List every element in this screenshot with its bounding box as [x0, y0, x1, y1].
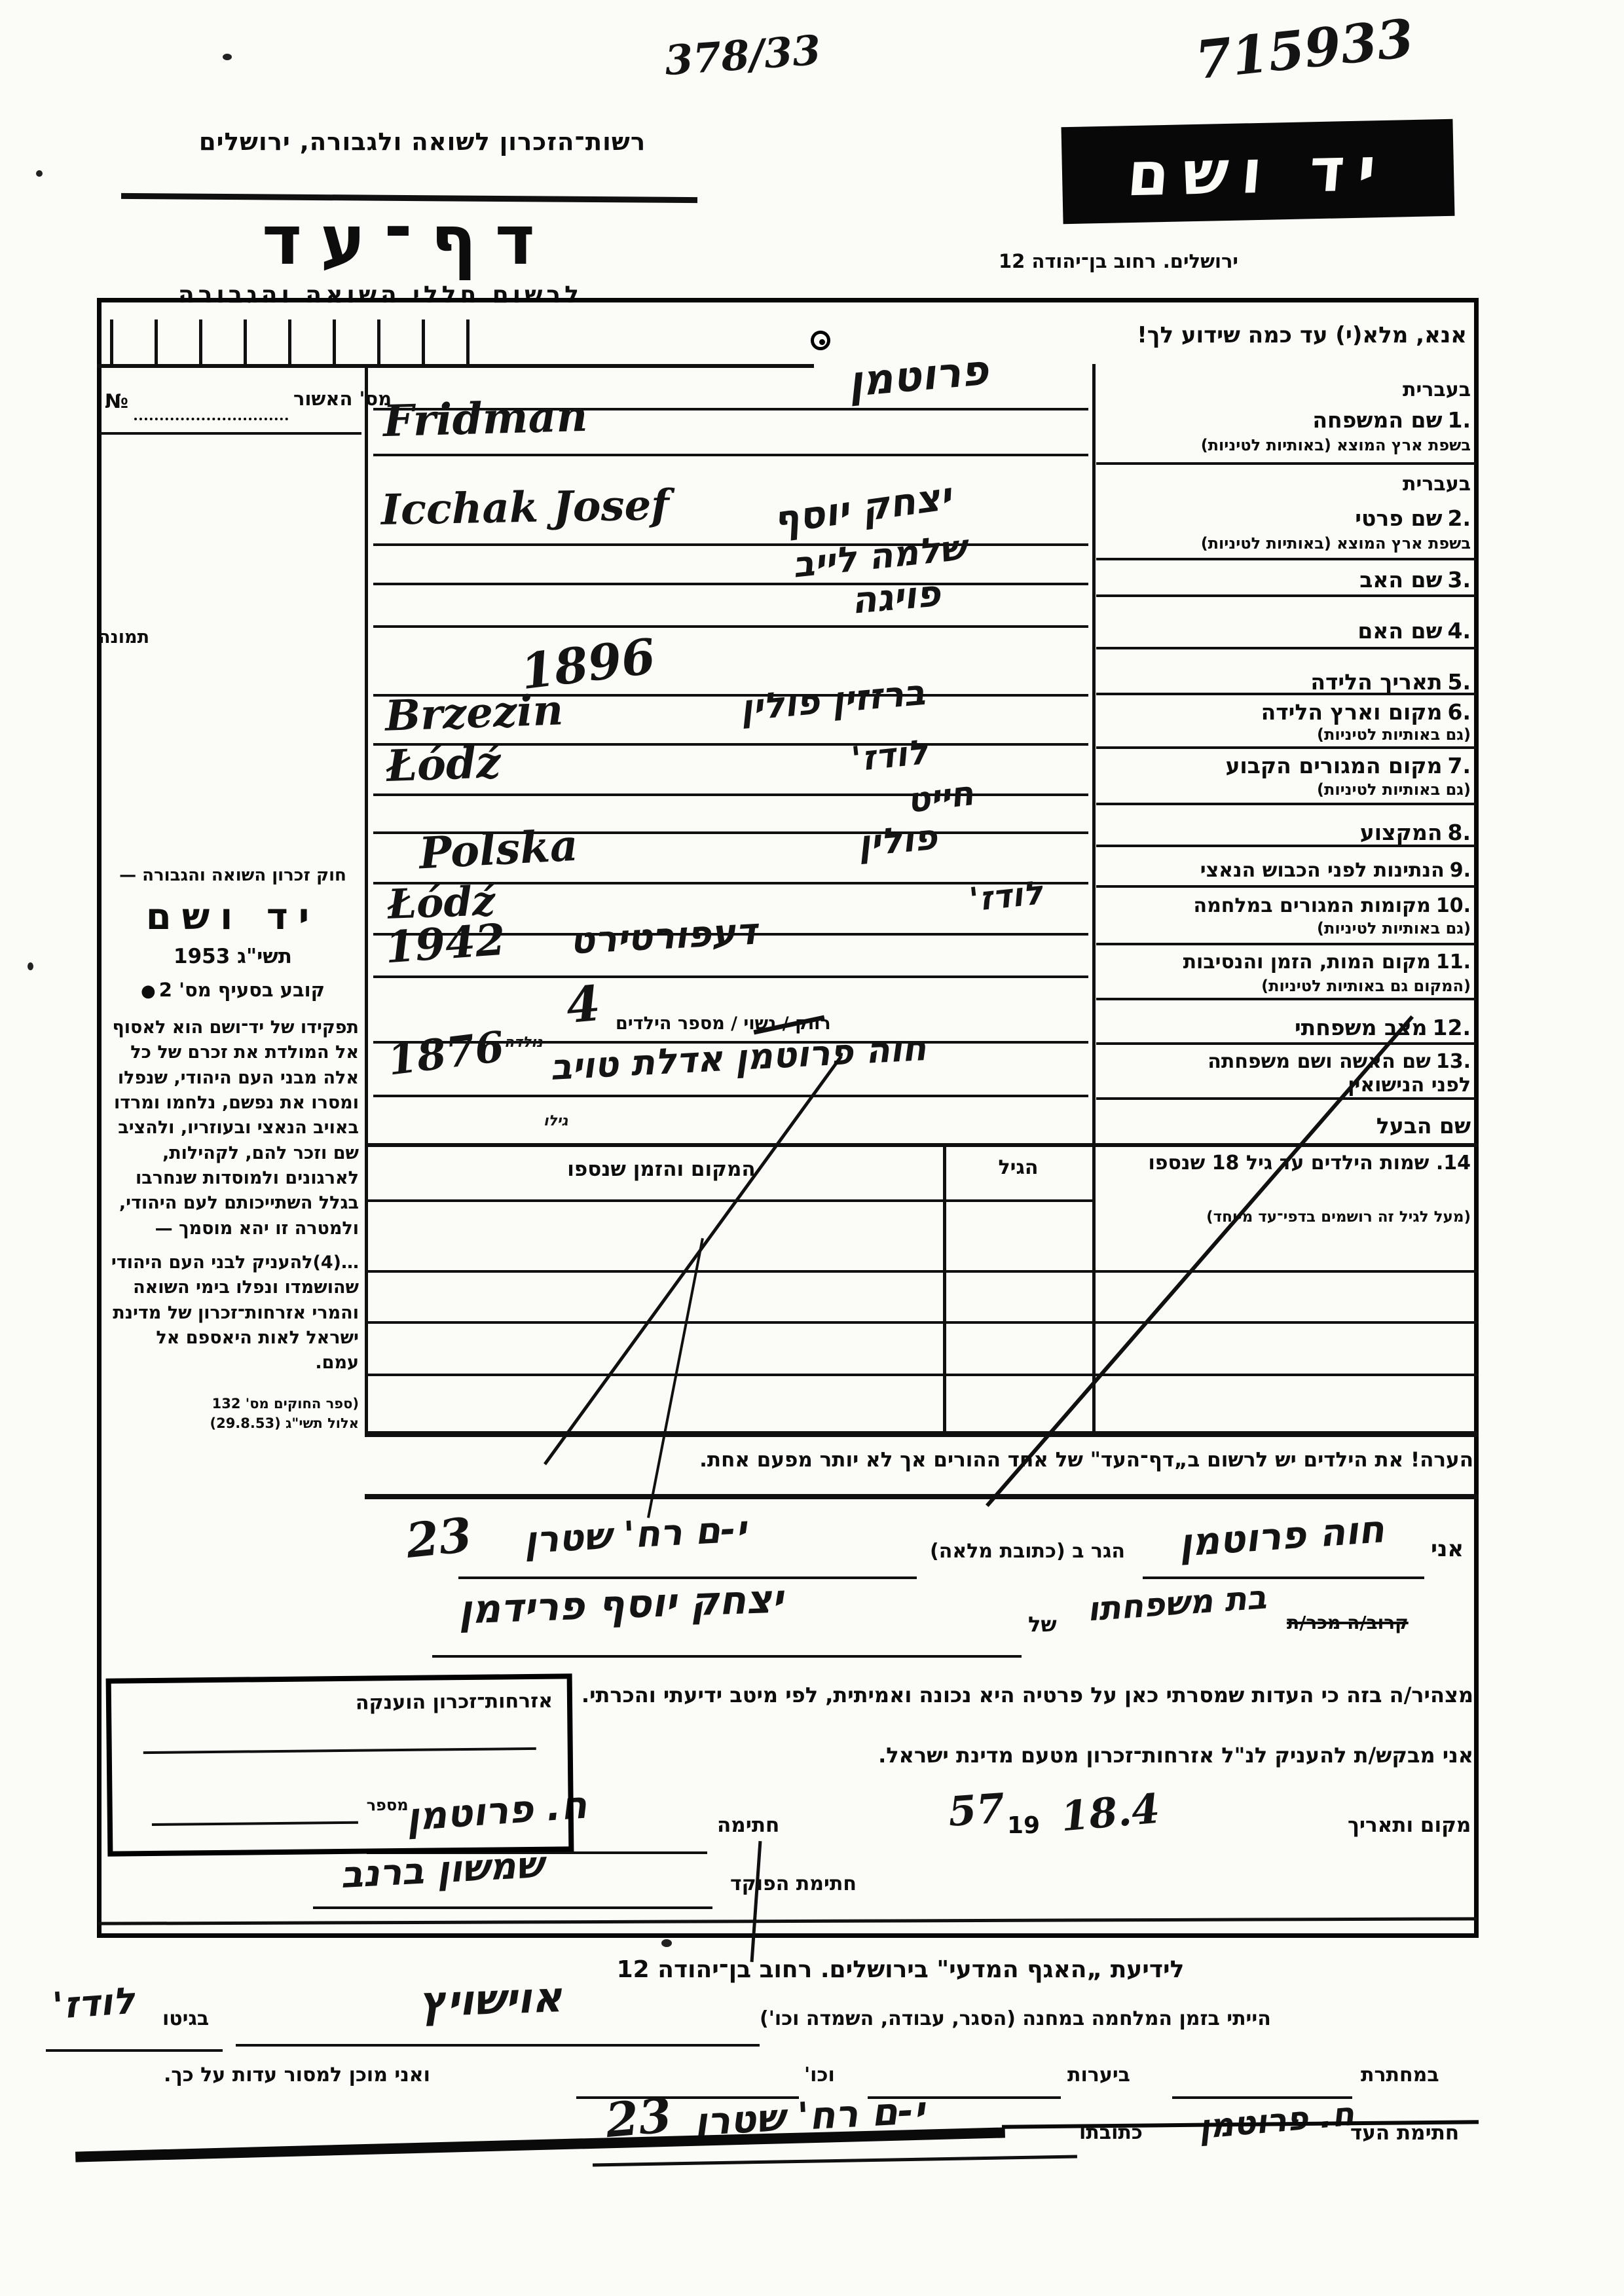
field-4-number: 4.: [1448, 618, 1471, 644]
scan-speck: [223, 54, 232, 60]
declaration-line: [432, 1655, 1022, 1658]
label-rule: [1096, 746, 1476, 749]
stamp-number-line: [152, 1821, 358, 1826]
table-bottom-rule: [365, 1431, 1479, 1437]
logo-address: ירושלים. רחוב בן־יהודה 12: [999, 250, 1238, 272]
field-2-sub: בשפת ארץ המוצא (באותיות לטיניות): [1100, 534, 1477, 553]
field-8-text: המקצוע: [1360, 820, 1443, 845]
field-3-label: 3.שם האב: [1100, 567, 1477, 592]
field-10-label: 10.מקומות המגורים במלחמה: [1100, 894, 1477, 917]
label-rule: [1096, 693, 1476, 695]
field-6-text: מקום וארץ הלידה: [1261, 699, 1443, 725]
hw-first-name-latin: Icchak Josef: [380, 481, 669, 535]
write-line: [373, 583, 1088, 585]
law-excerpt: חוק זכרון השואה והגבורה — יד ושם תשי"ג 1…: [107, 866, 359, 1431]
law-ref-1: (ספר החוקים מס' 132: [107, 1396, 359, 1412]
label-rule: [1096, 943, 1476, 945]
strip-tick: [288, 319, 291, 364]
declaration-i-label: אני: [1431, 1536, 1464, 1562]
label-rule: [1096, 1042, 1476, 1045]
label-rule: [1096, 885, 1476, 888]
law-body: תפקידו של יד־ושם הוא לאסוף אל המולדת את …: [107, 1015, 359, 1241]
hw-wife-birth-note: נולדה: [504, 1034, 543, 1051]
circle-mark-icon: [811, 331, 830, 350]
field-5-number: 5.: [1448, 669, 1471, 695]
label-rule: [1096, 594, 1476, 597]
hw-children-count: 4: [564, 975, 602, 1034]
approval-number-dotted-line: [134, 399, 288, 420]
hw-wife-age-note: גילו: [544, 1113, 568, 1129]
field-9-label: 9.הנתינות לפני הכבוש הנאצי: [1100, 859, 1477, 882]
ready-to-testify-label: ואני מוכן למסור עדות על כך.: [164, 2064, 430, 2086]
label-rule: [1096, 558, 1476, 560]
table-top-rule: [365, 1143, 1479, 1147]
field-3-number: 3.: [1448, 567, 1471, 592]
hw-mother-name: פויגה: [849, 572, 942, 623]
hw-residence-hebrew: לודז': [849, 733, 929, 780]
approval-rule: [100, 432, 361, 435]
field-13-label-2: לפני הנישואין: [1100, 1074, 1477, 1097]
relation-printed-crossed: קרוב/ה מכר/ת: [1287, 1612, 1409, 1633]
note-bottom-rule: [365, 1494, 1479, 1499]
law-name: יד ושם: [107, 896, 359, 938]
law-body-2: …(4)להעניק לבני העם היהודי שהושמדו ונפלו…: [107, 1250, 359, 1376]
field-2-lang-label: בעברית: [1100, 473, 1477, 496]
handwritten-file-number: 378/33: [663, 26, 822, 84]
children-header-sub: (מעל לגיל זה רושמים בדפי־עד מיוחד): [1107, 1209, 1471, 1226]
field-1-text: שם המשפחה: [1312, 407, 1442, 433]
field-10-number: 10.: [1436, 894, 1471, 917]
strip-rule: [97, 364, 814, 368]
strip-tick: [110, 319, 113, 364]
label-rule: [1096, 803, 1476, 805]
field-7-text: מקום המגורים הקבוע: [1225, 753, 1442, 778]
bottom-scan-rule: [75, 2127, 1005, 2162]
forests-label: ביערות: [1067, 2064, 1130, 2086]
field-11-sub: (המקום גם באותיות לטיניות): [1100, 977, 1477, 995]
field-13-label: 13.שם האשה ושם משפחתה: [1100, 1050, 1477, 1073]
strip-tick: [422, 319, 425, 364]
field-2-number: 2.: [1448, 505, 1471, 531]
table-divider: [1092, 1143, 1096, 1432]
photo-label: תמונה: [98, 627, 149, 647]
field-6-label: 6.מקום וארץ הלידה: [1100, 699, 1477, 725]
table-row-line: [365, 1270, 1479, 1273]
bullet-icon: ●: [141, 981, 156, 1001]
write-line: [373, 793, 1088, 796]
field-7-number: 7.: [1448, 753, 1471, 778]
table-row-line: [365, 1374, 1479, 1376]
label-rule: [1096, 462, 1476, 465]
stamp-line: [143, 1747, 536, 1754]
law-ref-2: אלול תשי"ג (29.8.53): [107, 1415, 359, 1431]
hw-family-name-latin: Fridman: [382, 390, 588, 446]
write-line: [373, 543, 1088, 546]
field-11-label: 11.מקום המות, הזמן והנסיבות: [1100, 951, 1477, 974]
field-5-text: תאריך הלידה: [1310, 669, 1442, 695]
hw-war-residence-hebrew: לודז': [967, 873, 1044, 919]
age-column-header: הגיל: [950, 1156, 1087, 1179]
label-rule: [1096, 998, 1476, 1000]
field-12-number: 12.: [1433, 1015, 1471, 1040]
table-row-line: [365, 1321, 1479, 1324]
fill-instruction: אנא, מלא(י) עד כמה שידוע לך!: [1107, 322, 1467, 348]
children-header-text: 14. שמות הילדים עד גיל 18 שנספו: [1148, 1152, 1471, 1175]
hw-witness-signature: ח. פרוטמן: [1197, 2095, 1356, 2147]
strip-tick: [199, 319, 202, 364]
field-13-text: שם האשה ושם משפחתה: [1208, 1050, 1431, 1073]
scan-speck: [36, 170, 43, 177]
hw-birthplace-latin: Brzezin: [384, 685, 564, 740]
strip-tick: [466, 319, 470, 364]
hw-date-year: 57: [947, 1784, 1006, 1836]
declaration-request: אני מבקש/ת להעניק לנ"ל אזרחות־זכרון מטעם…: [773, 1743, 1473, 1768]
hw-profession: חייט: [905, 774, 976, 821]
write-line: [373, 454, 1088, 456]
law-clause: קובע בסעיף מס' 2: [159, 979, 325, 1001]
hw-death-year: 1942: [384, 914, 507, 974]
stamp-number-label: מספר: [367, 1796, 409, 1815]
field-8-number: 8.: [1448, 820, 1471, 845]
label-rule: [1096, 845, 1476, 847]
field-10-text: מקומות המגורים במלחמה: [1193, 894, 1430, 917]
field-6-number: 6.: [1448, 699, 1471, 725]
etc-label: וכו': [804, 2064, 835, 2086]
field-7-sub: (גם באותיות לטיניות): [1100, 780, 1477, 799]
hw-residence-latin: Łódź: [386, 737, 502, 792]
write-line: [373, 975, 1088, 978]
field-8-label: 8.המקצוע: [1100, 820, 1477, 845]
place-column-header: המקום והזמן שנספו: [419, 1157, 904, 1181]
field-1-sub: בשפת ארץ המוצא (באותיות לטיניות): [1100, 436, 1477, 454]
field-9-number: 9.: [1450, 859, 1471, 882]
scanned-page-of-testimony: 378/33 715933 רשות־הזכרון לשואה ולגבורה,…: [0, 0, 1624, 2296]
date-century-printed: 19: [1007, 1812, 1040, 1839]
war-camp-label: הייתי בזמן המלחמה במחנה (הסגר, עבודה, הש…: [760, 2007, 1271, 2030]
yad-vashem-logo-text: יד ושם: [1124, 134, 1392, 210]
ghetto-line: [46, 2049, 223, 2052]
declaration-line: [1143, 1576, 1424, 1579]
strip-tick: [377, 319, 380, 364]
handwritten-archive-number: 715933: [1192, 7, 1416, 91]
field-5-label: 5.תאריך הלידה: [1100, 669, 1477, 695]
field-11-number: 11.: [1436, 951, 1471, 974]
approval-number-label: מס' האשור: [293, 388, 392, 410]
strip-tick: [333, 319, 336, 364]
stamp-granted-label: אזרחות־זכרון הוענקה: [356, 1690, 553, 1715]
field-2-text: שם פרטי: [1355, 505, 1442, 531]
hw-declarant-address-number: 23: [403, 1506, 475, 1569]
table-divider: [943, 1143, 946, 1432]
law-title: חוק זכרון השואה והגבורה —: [107, 866, 359, 885]
husband-name-label: שם הבעל: [1100, 1113, 1477, 1139]
official-signature-line: [313, 1906, 712, 1909]
field-11-text: מקום המות, הזמן והנסיבות: [1183, 951, 1431, 974]
hw-citizenship-latin: Polska: [418, 820, 579, 879]
authority-name: רשות־הזכרון לשואה ולגבורה, ירושלים: [118, 128, 727, 156]
law-year: תשי"ג 1953: [107, 945, 359, 968]
hw-citizenship-hebrew: פולין: [856, 816, 938, 864]
hw-camp-name: אוישויץ: [418, 1973, 563, 2027]
children-note: הערה! את הילדים יש לרשום ב„דף־העד" של אח…: [377, 1448, 1473, 1472]
strip-tick: [155, 319, 158, 364]
underground-label: במחתרת: [1361, 2064, 1439, 2086]
field-3-text: שם האב: [1359, 567, 1442, 592]
field-2-label: 2.שם פרטי: [1100, 505, 1477, 531]
label-column-divider: [1092, 364, 1096, 1144]
field-7-label: 7.מקום המגורים הקבוע: [1100, 753, 1477, 778]
memorial-citizenship-stamp-box: אזרחות־זכרון הוענקה מספר: [106, 1673, 574, 1856]
form-title: דף־עד: [262, 200, 553, 280]
field-9-text: הנתינות לפני הכבוש הנאצי: [1200, 859, 1445, 882]
table-header-underline: [365, 1199, 1092, 1202]
label-rule: [1096, 1097, 1476, 1100]
field-6-sub: (גם באותיות לטיניות): [1100, 725, 1477, 744]
resides-label: הגר ב (כתובת מלאה): [930, 1540, 1125, 1563]
scan-speck: [28, 962, 33, 970]
yad-vashem-logo: יד ושם: [1061, 119, 1455, 224]
strip-tick: [244, 319, 247, 364]
official-signature-label: חתימת הפוקד: [730, 1872, 857, 1895]
signature-label: חתימה: [717, 1813, 779, 1837]
write-line: [373, 625, 1088, 628]
field-12-label: 12.מצב משפחתי: [1100, 1015, 1477, 1040]
field-4-label: 4.שם האם: [1100, 618, 1477, 644]
camp-line: [236, 2044, 760, 2047]
ghetto-label: בגיטו: [162, 2007, 209, 2030]
field-4-text: שם האם: [1357, 618, 1442, 644]
field-1-number: 1.: [1448, 407, 1471, 433]
hw-ghetto-name: לודז': [51, 1980, 136, 2028]
field-1-label: 1.שם המשפחה: [1100, 407, 1477, 433]
of-label: של: [1028, 1612, 1057, 1637]
label-rule: [1096, 647, 1476, 649]
place-date-label: מקום ותאריך: [1348, 1813, 1471, 1837]
approval-number-symbol: №: [105, 390, 128, 413]
field-1-lang-label: בעברית: [1100, 378, 1477, 401]
witness-address-line: [593, 2155, 1077, 2167]
field-10-sub: (גם באותיות לטיניות): [1100, 919, 1477, 938]
write-line: [373, 1095, 1088, 1097]
scan-speck: [661, 1939, 672, 1947]
declaration-statement: מצהיר/ה בזה כי העדות שמסרתי כאן על פרטיה…: [452, 1683, 1473, 1707]
hw-date-day: 18.4: [1059, 1785, 1162, 1841]
field-13-number: 13.: [1436, 1050, 1471, 1073]
